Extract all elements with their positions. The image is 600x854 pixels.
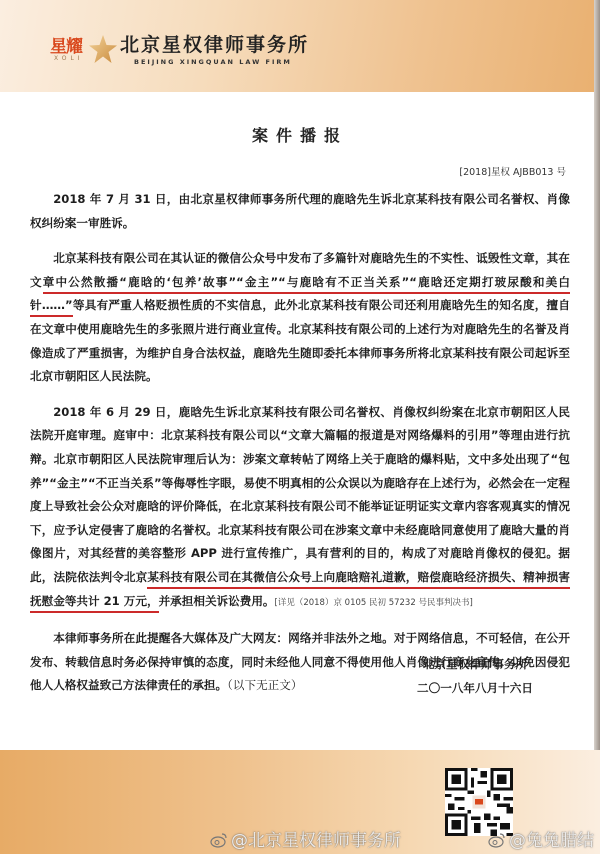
logo-mark-text: 星耀 xyxy=(50,32,82,57)
document-title: 案件播报 xyxy=(0,123,600,146)
firm-name-cn: 北京星权律师事务所 xyxy=(120,34,309,56)
star-icon xyxy=(88,34,118,64)
paragraph-3-rest: 并承担相关诉讼费用。 xyxy=(159,594,275,608)
weibo-watermark-user: @兔兔腊结 xyxy=(488,826,594,851)
logo-mark: 星耀 XOLI xyxy=(50,30,114,70)
logo-mark-subtext: XOLI xyxy=(54,55,84,62)
weibo-handle-firm: @北京星权律师事务所 xyxy=(231,831,401,851)
judgment-reference: [详见（2018）京 0105 民初 57232 号民事判决书] xyxy=(275,598,473,608)
weibo-icon xyxy=(488,832,506,848)
paragraph-3-intro: 2018 年 6 月 29 日，鹿晗先生诉北京某科技有限公司名誉权、肖像权纠纷案… xyxy=(30,405,570,584)
document-body: 2018 年 7 月 31 日，由北京星权律师事务所代理的鹿晗先生诉北京某科技有… xyxy=(30,188,570,710)
signature-date: 二〇一八年八月十六日 xyxy=(400,676,550,700)
signature-block: 北京星权律师事务所 二〇一八年八月十六日 xyxy=(400,652,550,700)
weibo-handle-user: @兔兔腊结 xyxy=(509,831,594,851)
firm-logo: 星耀 XOLI 北京星权律师事务所 BEIJING XINGQUAN LAW F… xyxy=(50,30,309,70)
paragraph-2: 北京某科技有限公司在其认证的微信公众号中发布了多篇针对鹿晗先生的不实性、诋毁性文… xyxy=(30,247,570,389)
weibo-watermark-firm: @北京星权律师事务所 xyxy=(210,826,401,851)
letterhead-banner: 星耀 XOLI 北京星权律师事务所 BEIJING XINGQUAN LAW F… xyxy=(0,0,600,92)
firm-name-en: BEIJING XINGQUAN LAW FIRM xyxy=(134,58,309,66)
signature-firm: 北京星权律师事务所 xyxy=(400,652,550,676)
end-of-text-note: （以下无正文） xyxy=(227,678,302,692)
document-number: [2018]星权 AJBB013 号 xyxy=(459,164,566,178)
paragraph-2-rest: 等具有严重人格贬损性质的不实信息，此外北京某科技有限公司还利用鹿晗先生的知名度，… xyxy=(30,298,570,383)
paragraph-1: 2018 年 7 月 31 日，由北京星权律师事务所代理的鹿晗先生诉北京某科技有… xyxy=(30,188,570,235)
paragraph-3: 2018 年 6 月 29 日，鹿晗先生诉北京某科技有限公司名誉权、肖像权纠纷案… xyxy=(30,401,570,615)
weibo-icon xyxy=(210,832,228,848)
logo-wordmark: 北京星权律师事务所 BEIJING XINGQUAN LAW FIRM xyxy=(120,34,309,66)
